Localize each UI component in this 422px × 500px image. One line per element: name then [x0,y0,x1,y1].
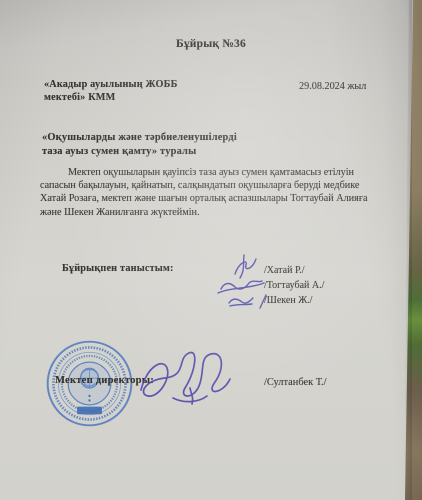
signatory-name: /Хатай Р./ [264,265,305,276]
signatory-name: /Тогтаубай А./ [264,280,324,291]
organization-line1: «Акадыр ауылының ЖОББ [44,78,178,91]
body-line: және Шекен Жанилғанға жүктеймін. [40,206,396,219]
director-label: Мектеп директоры: [55,375,154,386]
subject-line2: таза ауыз сумен қамту» туралы [42,145,237,159]
signatory-name: /Шекен Ж./ [264,295,312,306]
director-name: /Султанбек Т./ [264,377,327,388]
body-line: Хатай Розаға, мектеп және шағын орталық … [40,192,396,205]
order-subject: «Оқушыларды және тәрбиеленушілерді таза … [42,131,237,158]
order-body-paragraph: Мектеп оқушыларын қауіпсіз таза ауыз сум… [40,166,396,219]
paper-edge-shadow [404,0,412,500]
body-line: сапасын бақылауын, қайнатып, салқындатып… [40,179,396,192]
order-title: Бұйрық №36 [0,38,422,50]
order-date: 29.08.2024 жыл [299,81,366,92]
acknowledgement-label: Бұйрықпен таныстым: [62,263,174,274]
organization-line2: мектебі» КММ [44,91,178,104]
signature-scribble-togtaubai [216,277,266,296]
organization-name: «Акадыр ауылының ЖОББ мектебі» КММ [44,78,178,104]
subject-line1: «Оқушыларды және тәрбиеленушілерді [42,131,237,145]
body-line: Мектеп оқушыларын қауіпсіз таза ауыз сум… [40,166,396,179]
document-page: Бұйрық №36 «Акадыр ауылының ЖОББ мектебі… [0,0,422,500]
signature-scribble-khatai [229,253,265,280]
